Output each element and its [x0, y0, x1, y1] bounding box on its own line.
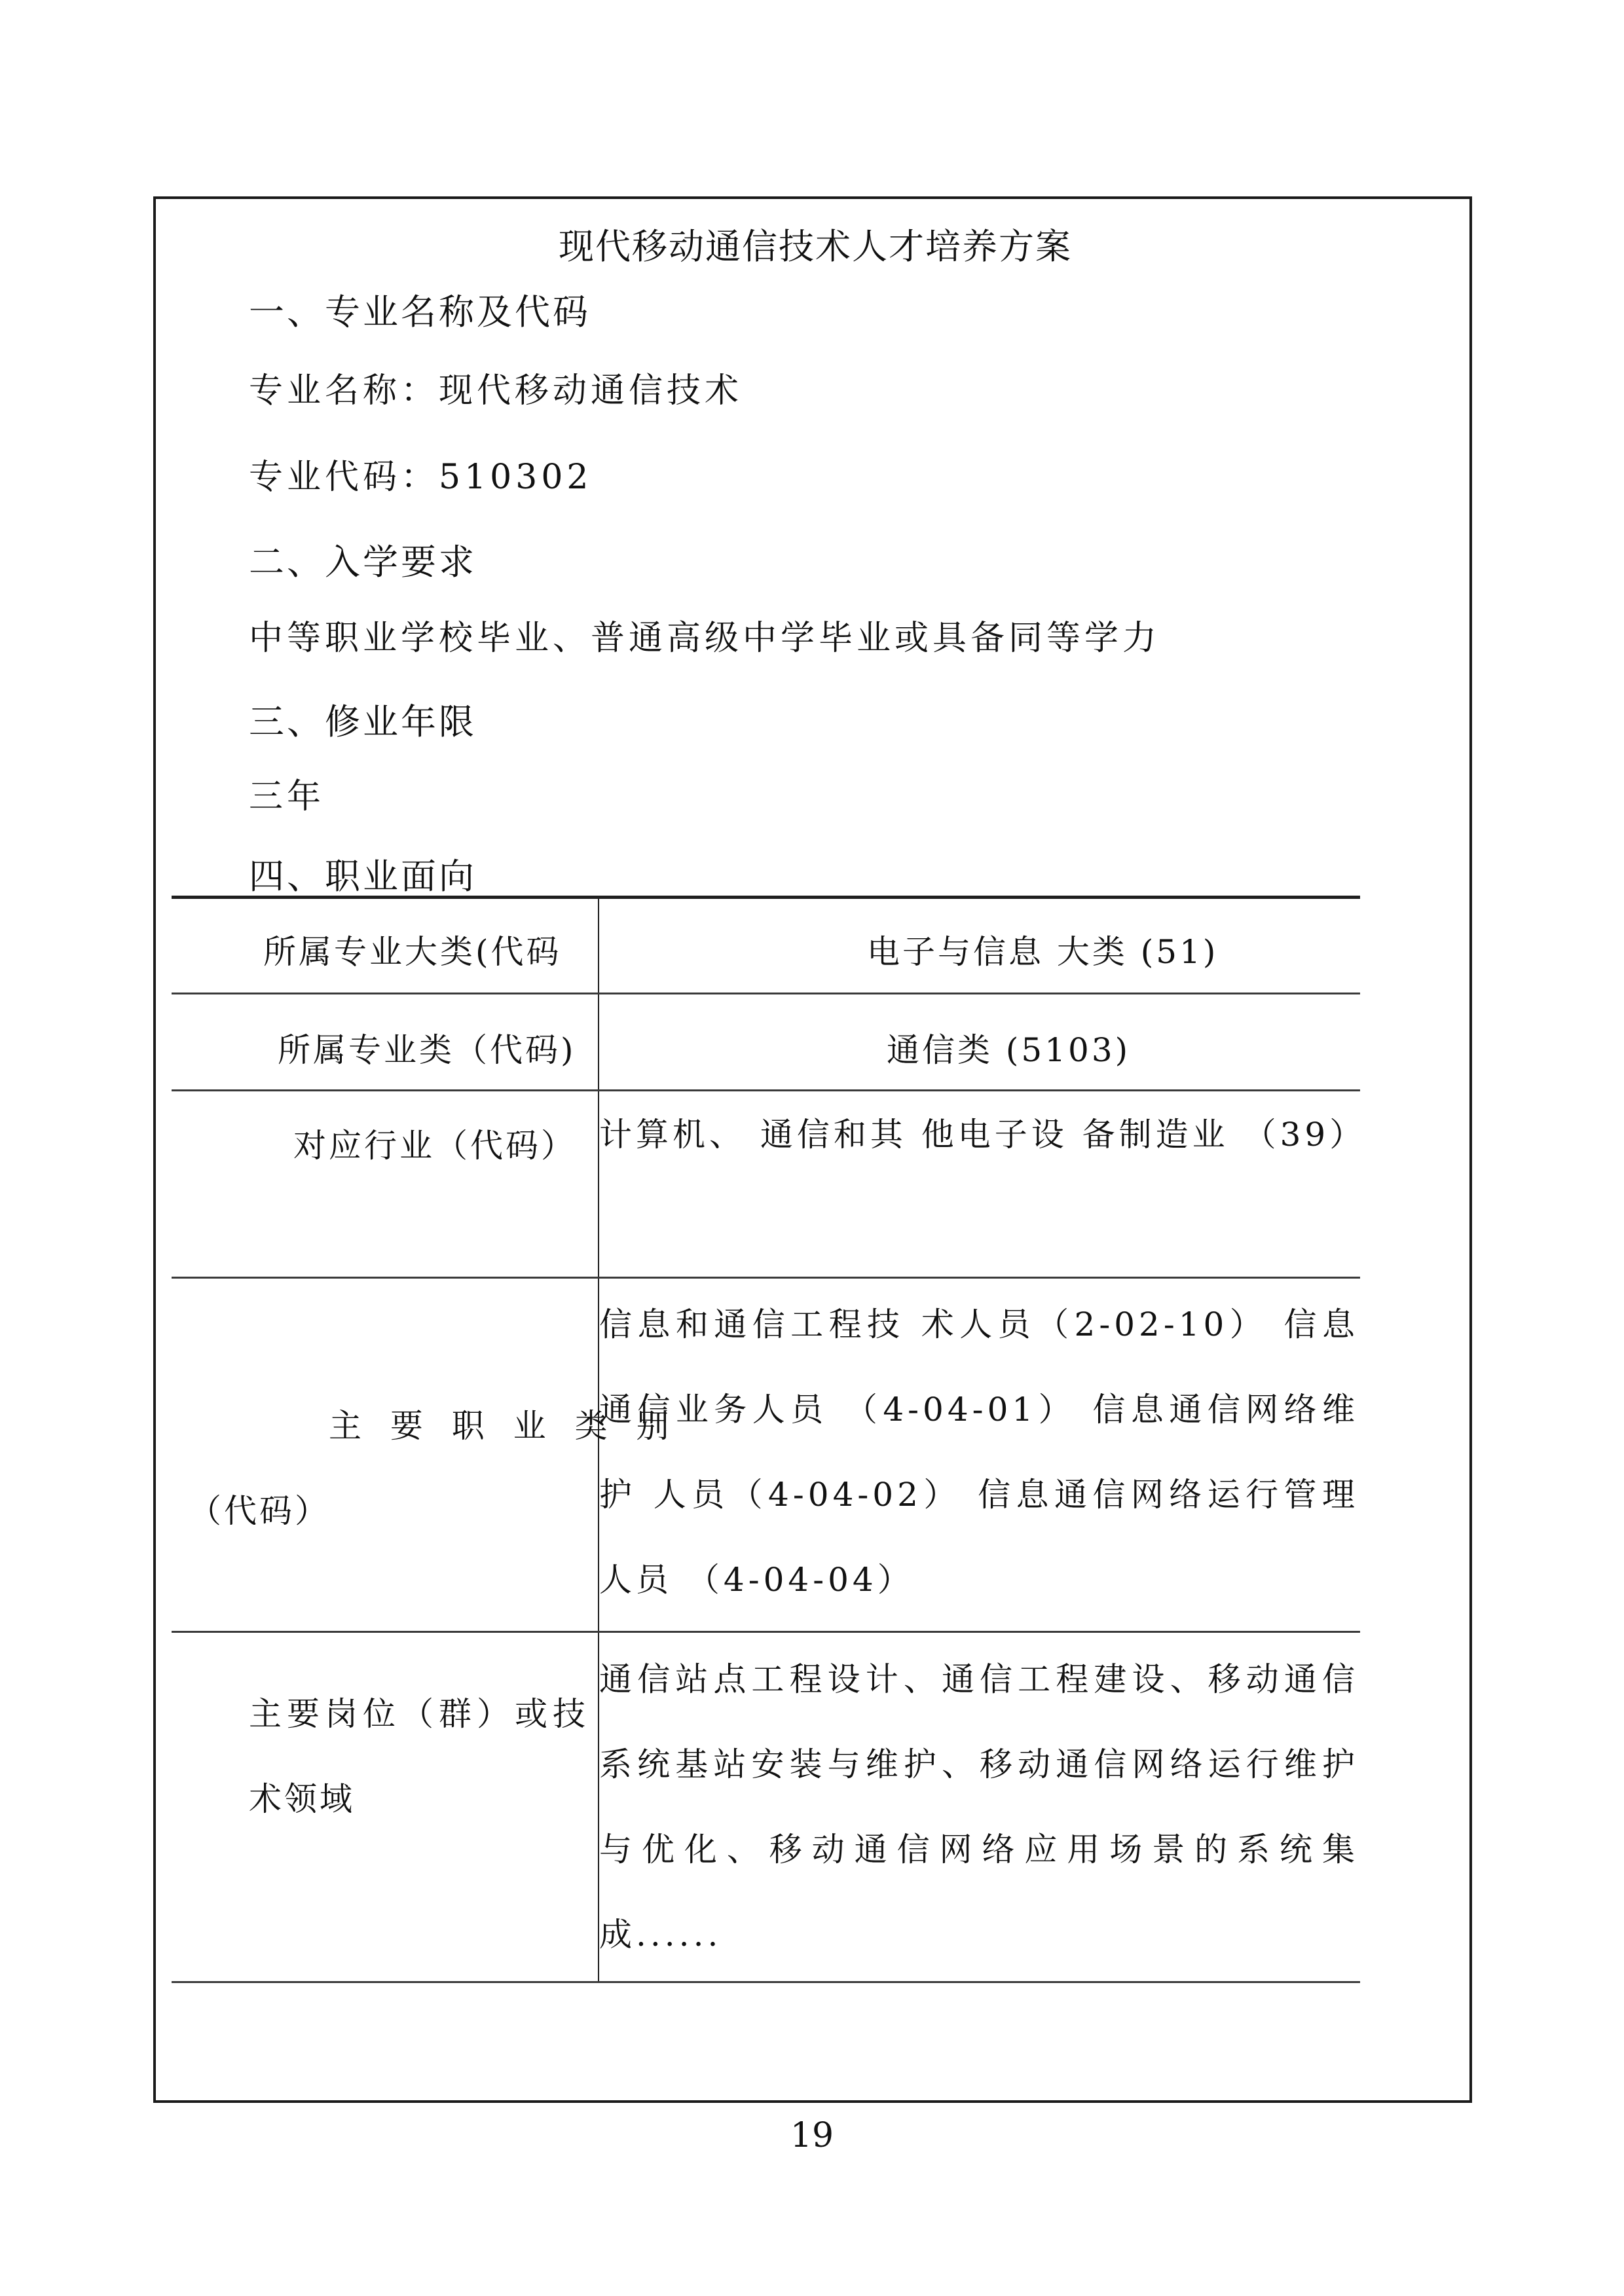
row-divider	[172, 993, 1360, 994]
document-title: 现代移动通信技术人才培养方案	[156, 219, 1475, 269]
section-heading-3: 三、修业年限	[249, 694, 477, 744]
major-name-line: 专业名称：现代移动通信技术	[249, 363, 743, 412]
major-code-line: 专业代码：510302	[249, 449, 593, 498]
row-value: 计算机、 通信和其 他电子设 备制造业 （39）	[599, 1092, 1359, 1177]
row-value: 信息和通信工程技 术人员（2-02-10） 信息通信业务人员 （4-04-01）…	[599, 1282, 1359, 1622]
row-divider	[172, 1277, 1360, 1279]
row-value: 电子与信息 大类 (51)	[867, 926, 1218, 973]
row-label-line-2: （代码）	[189, 1485, 330, 1532]
row-label: 对应行业（代码）	[293, 1120, 576, 1167]
row-value: 通信类 (5103)	[887, 1024, 1130, 1071]
section-heading-2: 二、入学要求	[249, 534, 477, 585]
section-heading-1: 一、专业名称及代码	[249, 284, 591, 335]
page-number: 19	[0, 2116, 1624, 2155]
page-frame: 现代移动通信技术人才培养方案 一、专业名称及代码 专业名称：现代移动通信技术 专…	[153, 196, 1472, 2103]
row-divider	[172, 1631, 1360, 1633]
table-bottom-border	[172, 1981, 1360, 1983]
study-duration-line: 三年	[249, 769, 325, 818]
row-label-line-2: 术领域	[249, 1773, 355, 1820]
section-heading-4: 四、职业面向	[249, 848, 477, 899]
row-label: 所属专业类（代码)	[278, 1024, 576, 1071]
admission-requirement-line: 中等职业学校毕业、普通高级中学毕业或具备同等学力	[249, 610, 1160, 659]
row-divider	[172, 1089, 1360, 1091]
row-label-line-1: 主要岗位（群）或技	[249, 1688, 591, 1735]
row-value: 通信站点工程设计、通信工程建设、移动通信系统基站安装与维护、移动通信网络运行维护…	[599, 1637, 1359, 1977]
row-label: 所属专业大类(代码	[263, 926, 562, 973]
table-top-border	[172, 896, 1360, 899]
